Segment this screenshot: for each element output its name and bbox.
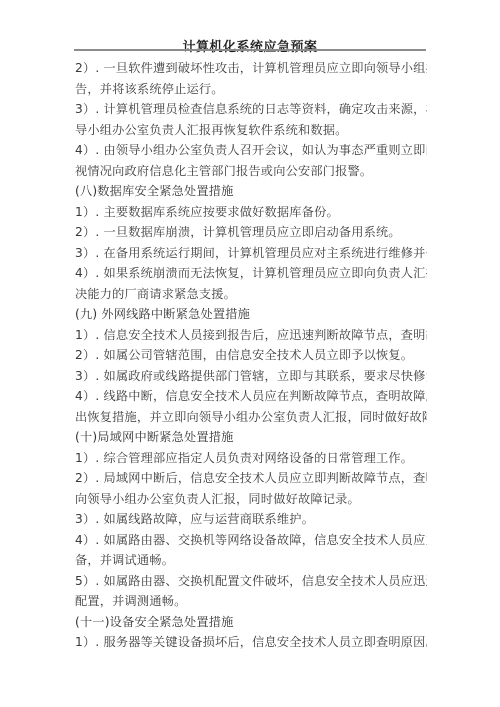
document-body: 2）. 一旦软件遭到破坏性攻击，计算机管理员应立即向领导小组办公室负责人报 告，…	[75, 58, 427, 653]
text-line: 2）. 一旦数据库崩溃，计算机管理员应立即启动备用系统。	[75, 222, 427, 243]
text-line: 5）. 如属路由器、交换机配置文件破坏，信息安全技术人员应迅速按照要求重新	[75, 571, 427, 592]
text-line: 2）. 局域网中断后，信息安全技术人员应立即判断故障节点，查明故障原因，并	[75, 468, 427, 489]
section-heading: (十)局域网中断紧急处置措施	[75, 427, 427, 448]
text-line: 2）. 一旦软件遭到破坏性攻击，计算机管理员应立即向领导小组办公室负责人报	[75, 58, 427, 79]
header-divider	[74, 49, 426, 51]
text-line: 出恢复措施，并立即向领导小组办公室负责人汇报，同时做好故障记录。	[75, 407, 427, 428]
section-heading: (十一)设备安全紧急处置措施	[75, 612, 427, 633]
document-page: 计算机化系统应急预案 2）. 一旦软件遭到破坏性攻击，计算机管理员应立即向领导小…	[0, 0, 500, 707]
text-line: 3）. 在备用系统运行期间，计算机管理员应对主系统进行维修并作数据恢复。	[75, 243, 427, 264]
text-line: 3）. 如属政府或线路提供部门管辖，立即与其联系，要求尽快修复。	[75, 366, 427, 387]
section-heading: (八)数据库安全紧急处置措施	[75, 181, 427, 202]
text-line: 决能力的厂商请求紧急支援。	[75, 284, 427, 305]
text-line: 4）. 由领导小组办公室负责人召开会议，如认为事态严重则立即向领导小组报告	[75, 140, 427, 161]
text-line: 2）. 如属公司管辖范围，由信息安全技术人员立即予以恢复。	[75, 345, 427, 366]
text-line: 备，并调试通畅。	[75, 550, 427, 571]
text-line: 向领导小组办公室负责人汇报，同时做好故障记录。	[75, 489, 427, 510]
text-line: 4）. 如果系统崩溃而无法恢复，计算机管理员应立即向负责人汇报，并联系有解	[75, 263, 427, 284]
text-line: 4）. 线路中断，信息安全技术人员应在判断故障节点，查明故障原因后，尽快提	[75, 386, 427, 407]
text-line: 1）. 综合管理部应指定人员负责对网络设备的日常管理工作。	[75, 448, 427, 469]
page-header-title: 计算机化系统应急预案	[0, 36, 500, 55]
text-line: 告，并将该系统停止运行。	[75, 79, 427, 100]
section-heading: (九) 外网线路中断紧急处置措施	[75, 304, 427, 325]
text-line: 导小组办公室负责人汇报再恢复软件系统和数据。	[75, 120, 427, 141]
text-line: 1）. 服务器等关键设备损坏后，信息安全技术人员立即查明原因。	[75, 632, 427, 653]
text-line: 配置，并调测通畅。	[75, 591, 427, 612]
text-line: 视情况向政府信息化主管部门报告或向公安部门报警。	[75, 161, 427, 182]
text-line: 3）. 如属线路故障，应与运营商联系维护。	[75, 509, 427, 530]
text-line: 1）. 信息安全技术人员接到报告后，应迅速判断故障节点，查明故障原因。	[75, 325, 427, 346]
text-line: 4）. 如属路由器、交换机等网络设备故障，信息安全技术人员应立即更换故障设	[75, 530, 427, 551]
text-line: 1）. 主要数据库系统应按要求做好数据库备份。	[75, 202, 427, 223]
text-line: 3）. 计算机管理员检查信息系统的日志等资料，确定攻击来源，将有关情况向领	[75, 99, 427, 120]
